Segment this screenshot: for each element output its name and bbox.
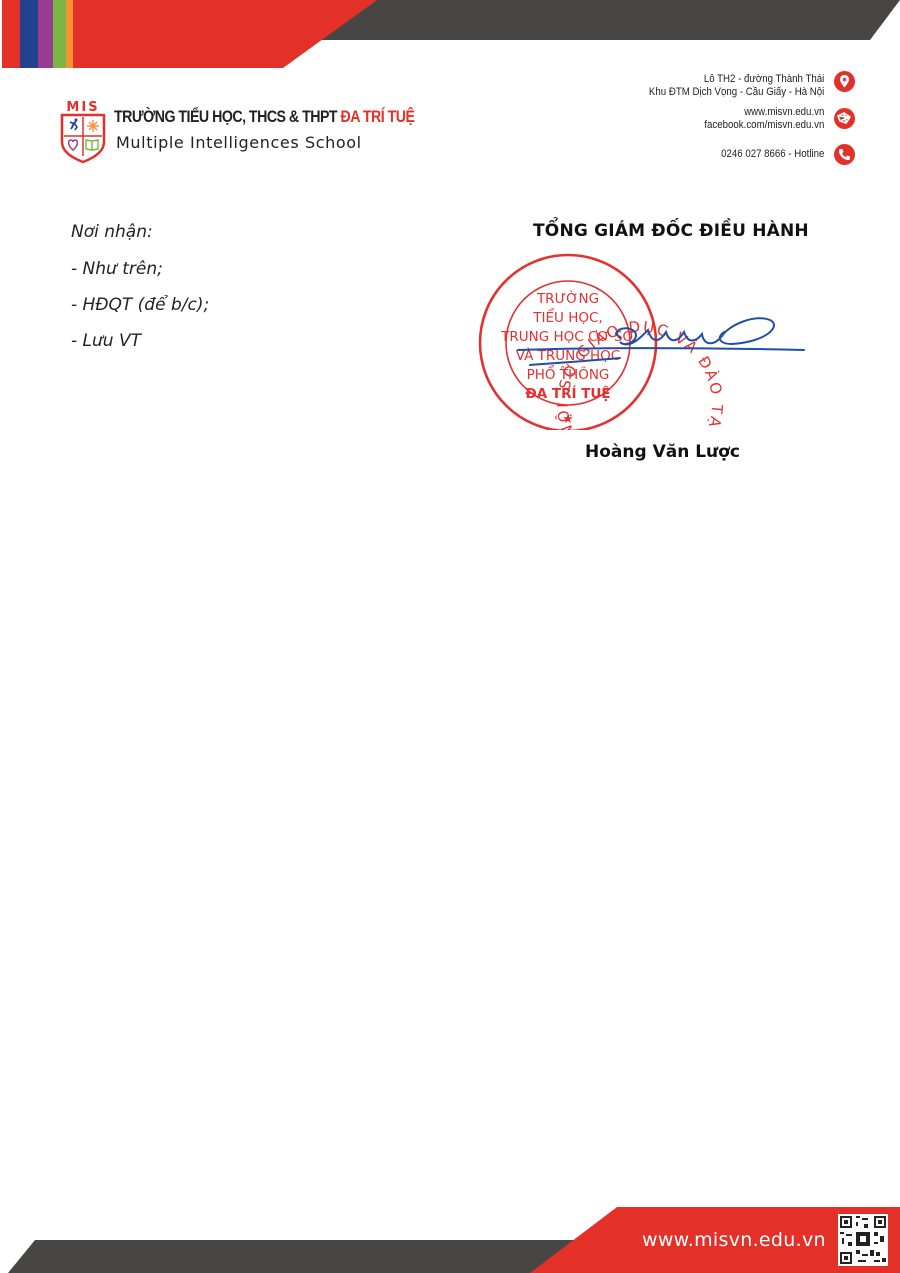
school-name-prefix: TRƯỜNG TIỂU HỌC, THCS & THPT [114,108,340,126]
star-icon: ★ [562,411,574,426]
school-logo: MIS TRƯỜNG TIỂU HỌC, THCS & THPT ĐA TRÍ … [58,98,398,168]
school-subtitle: Multiple Intelligences School [116,133,362,152]
recipient-item: - Như trên; [71,259,163,279]
stamp-line: TIỂU HỌC, [532,307,602,326]
website-link[interactable]: www.misvn.edu.vn [704,106,824,119]
signatory-title: TỔNG GIÁM ĐỐC ĐIỀU HÀNH [533,221,809,241]
school-name-accent: ĐA TRÍ TUỆ [340,108,414,126]
contact-web: www.misvn.edu.vn facebook.com/misvn.edu.… [704,106,824,132]
globe-icon [834,108,855,129]
official-stamp: SỞ GIÁO DỤC VÀ ĐÀO TẠO THÀNH PHỐ HÀ NỘI … [470,250,810,430]
contact-hotline: 0246 027 8666 - Hotline [721,148,824,161]
recipient-item: - HĐQT (để b/c); [71,295,209,315]
school-name: TRƯỜNG TIỂU HỌC, THCS & THPT ĐA TRÍ TUỆ [114,108,414,127]
mis-shield-icon: MIS [58,98,108,164]
stamp-line: PHỔ THÔNG [527,364,610,383]
qr-code-icon[interactable] [838,1214,888,1266]
facebook-link[interactable]: facebook.com/misvn.edu.vn [704,119,824,132]
recipients-heading: Nơi nhận: [71,222,153,242]
address-line-1: Lô TH2 - đường Thành Thái [649,73,824,86]
svg-text:MIS: MIS [66,100,99,115]
address-line-2: Khu ĐTM Dịch Vọng - Cầu Giấy - Hà Nội [649,86,824,99]
location-pin-icon [834,71,855,92]
phone-icon [834,144,855,165]
footer-website-link[interactable]: www.misvn.edu.vn [642,1229,826,1251]
stamp-line: TRUNG HỌC CƠ SỞ [500,326,635,345]
contact-address: Lô TH2 - đường Thành Thái Khu ĐTM Dịch V… [649,73,824,99]
recipient-item: - Lưu VT [71,331,141,351]
signatory-name: Hoàng Văn Lược [585,442,740,462]
header-banner [0,0,900,70]
stamp-line: ĐA TRÍ TUỆ [525,384,610,402]
stamp-line: TRƯỜNG [536,289,599,307]
